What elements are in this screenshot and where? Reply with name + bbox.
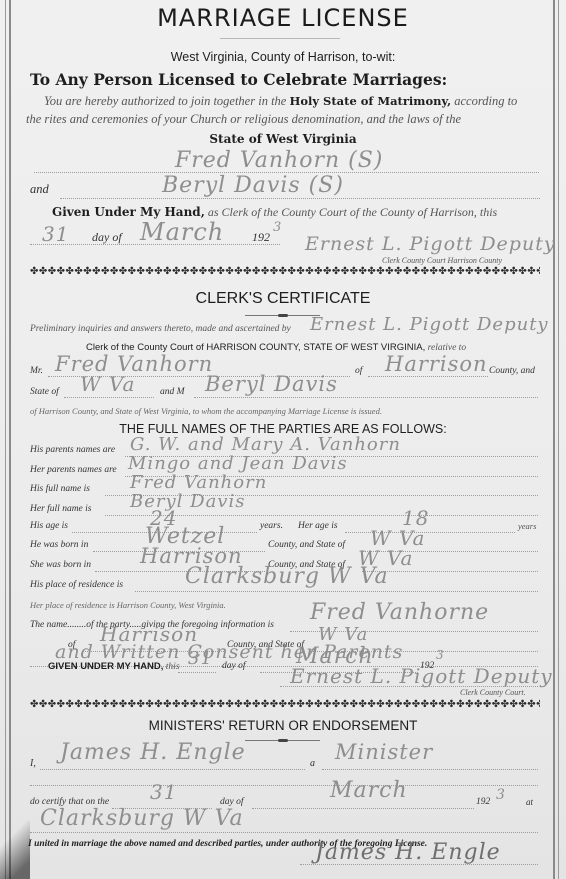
year-suffix: 3 (273, 220, 282, 235)
his-residence-label: His place of residence is (30, 580, 123, 590)
field-label: Her full name is (30, 504, 91, 514)
license-day: 31 (42, 222, 69, 246)
ornamental-divider: ✤✤✤✤✤✤✤✤✤✤✤✤✤✤✤✤✤✤✤✤✤✤✤✤✤✤✤✤✤✤✤✤✤✤✤✤✤✤✤✤… (30, 266, 540, 277)
he-born-label: He was born in (30, 540, 88, 550)
certificate-day: 31 (188, 648, 213, 669)
document-title: MARRIAGE LICENSE (0, 4, 566, 32)
field-label: His parents names are (30, 445, 115, 455)
her-parents-value: Mingo and Jean Davis (128, 453, 348, 474)
preliminary-text: Preliminary inquiries and answers theret… (30, 324, 291, 334)
ministers-title: MINISTERS' RETURN OR ENDORSEMENT (0, 718, 566, 733)
ministers-place: Clarksburg W Va (40, 806, 244, 831)
ministers-month: March (330, 778, 408, 803)
county-and-label: County, and (489, 366, 535, 376)
given-under-line: Given Under My Hand, as Clerk of the Cou… (52, 205, 497, 220)
field-label: His full name is (30, 484, 90, 494)
certificate-title: CLERK'S CERTIFICATE (0, 290, 566, 308)
county-state-label: County, and State of (268, 540, 345, 550)
at-label: at (526, 797, 533, 807)
year-prefix: 192 (476, 797, 490, 807)
jurisdiction: West Virginia, County of Harrison, to-wi… (0, 50, 566, 64)
title-rule (220, 38, 340, 39)
she-born-label: She was born in (30, 560, 91, 570)
state-heading: State of West Virginia (0, 132, 566, 146)
mr-label: Mr. (30, 366, 43, 376)
clerk-caption: Clerk County Court Harrison County (382, 256, 502, 265)
authorization-line-2: the rites and ceremonies of your Church … (26, 112, 461, 127)
marriage-license-document: MARRIAGE LICENSE West Virginia, County o… (0, 0, 566, 879)
holy-state-of-matrimony: Holy State of Matrimony, (289, 94, 451, 108)
year-suffix: 3 (436, 648, 445, 662)
year-prefix: 192 (252, 230, 270, 245)
mr-state: W Va (80, 372, 135, 396)
years-label: years. (260, 521, 283, 531)
and-m-label: and M (160, 387, 185, 397)
issued-to-text: of Harrison County, and State of West Vi… (30, 406, 382, 416)
ascertained-by: Ernest L. Pigott Deputy (310, 314, 549, 335)
his-full-name-value: Fred Vanhorn (130, 472, 267, 493)
ornamental-divider: ✤✤✤✤✤✤✤✤✤✤✤✤✤✤✤✤✤✤✤✤✤✤✤✤✤✤✤✤✤✤✤✤✤✤✤✤✤✤✤✤… (30, 699, 540, 710)
m-name: Beryl Davis (205, 372, 338, 396)
his-residence-value: Clarksburg W Va (185, 564, 389, 589)
i-label: I, (30, 758, 36, 769)
her-residence-text: Her place of residence is Harrison Count… (30, 600, 226, 610)
informant-name: Fred Vanhorne (310, 600, 489, 625)
her-full-name-value: Beryl Davis (130, 491, 245, 512)
page-corner-shadow (0, 820, 30, 879)
license-month: March (140, 218, 224, 246)
mr-county: Harrison (385, 352, 488, 376)
day-of-label: day of (92, 230, 122, 245)
bride-name: Beryl Davis (S) (162, 173, 344, 198)
day-of-label: day of (222, 661, 245, 671)
signature-caption: Clerk County Court. (460, 688, 526, 697)
minister-signature: James H. Engle (315, 840, 501, 865)
of-label: of (355, 366, 362, 376)
salutation: To Any Person Licensed to Celebrate Marr… (30, 70, 447, 89)
minister-role: Minister (335, 740, 433, 764)
her-age-label: Her age is (298, 521, 338, 531)
year-suffix: 3 (496, 787, 506, 803)
authorization-line-1: You are hereby authorized to join togeth… (44, 94, 517, 109)
minister-name: James H. Engle (60, 740, 246, 765)
groom-name: Fred Vanhorn (S) (175, 148, 383, 173)
his-age-label: His age is (30, 521, 68, 531)
his-parents-value: G. W. and Mary A. Vanhorn (130, 434, 401, 455)
clerk-signature: Ernest L. Pigott Deputy (305, 233, 556, 255)
years-label-2: years (518, 521, 536, 531)
given-under-hand-line: GIVEN UNDER MY HAND, this (48, 661, 180, 672)
a-label: a (310, 758, 315, 769)
and-label: and (30, 182, 49, 197)
field-label: Her parents names are (30, 465, 117, 475)
certificate-signature: Ernest L. Pigott Deputy (290, 664, 553, 688)
state-of-label: State of (30, 387, 59, 397)
ministers-day: 31 (150, 780, 177, 804)
